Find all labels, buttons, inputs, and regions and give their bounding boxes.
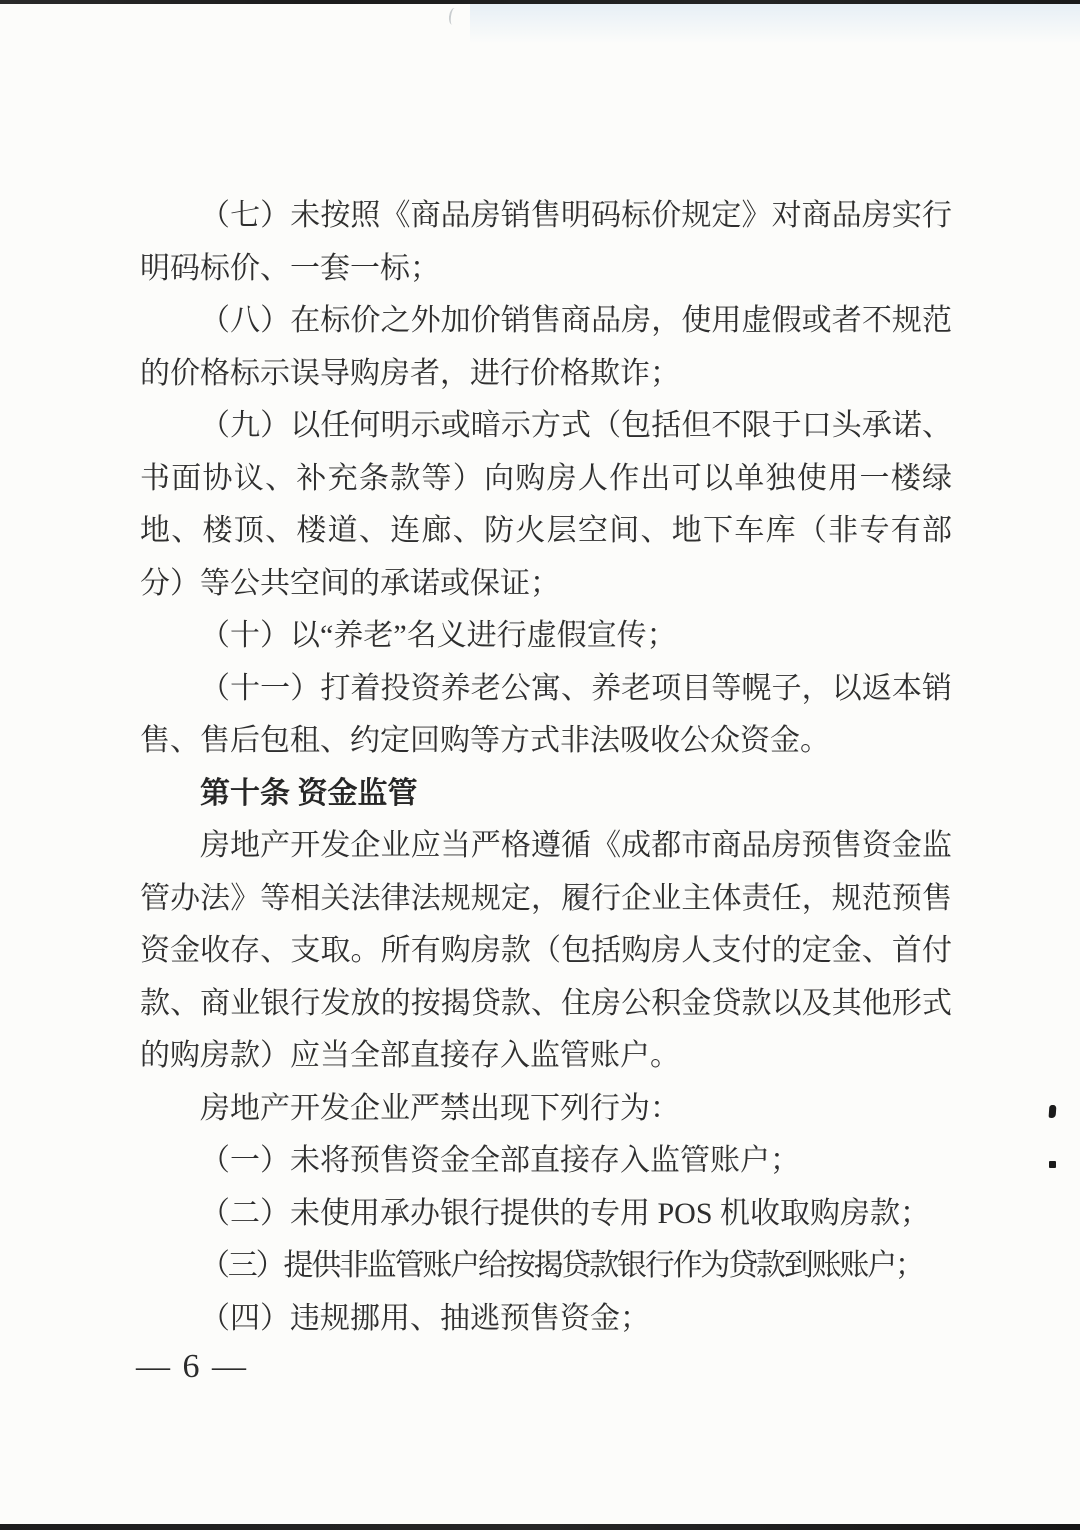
- document-body: （七）未按照《商品房销售明码标价规定》对商品房实行明码标价、一套一标； （八）在…: [140, 190, 952, 1345]
- clause-7: （七）未按照《商品房销售明码标价规定》对商品房实行明码标价、一套一标；: [140, 190, 952, 295]
- document-page: （七）未按照《商品房销售明码标价规定》对商品房实行明码标价、一套一标； （八）在…: [0, 0, 1080, 1530]
- page-number: — 6 —: [136, 1348, 248, 1386]
- scan-edge-bottom: [0, 1524, 1080, 1530]
- scan-speck-comma: [1049, 1105, 1057, 1118]
- scan-artifact-mark: [448, 7, 459, 25]
- prohibited-act-2: （二）未使用承办银行提供的专用 POS 机收取购房款；: [140, 1188, 952, 1241]
- prohibited-act-1: （一）未将预售资金全部直接存入监管账户；: [140, 1135, 952, 1188]
- clause-9: （九）以任何明示或暗示方式（包括但不限于口头承诺、书面协议、补充条款等）向购房人…: [140, 400, 952, 610]
- prohibited-act-4: （四）违规挪用、抽逃预售资金；: [140, 1293, 952, 1346]
- clause-10: （十）以“养老”名义进行虚假宣传；: [140, 610, 952, 663]
- clause-8: （八）在标价之外加价销售商品房，使用虚假或者不规范的价格标示误导购房者，进行价格…: [140, 295, 952, 400]
- scan-speck-dot: [1049, 1161, 1056, 1168]
- clause-11: （十一）打着投资养老公寓、养老项目等幌子，以返本销售、售后包租、约定回购等方式非…: [140, 663, 952, 768]
- prohibited-acts-intro: 房地产开发企业严禁出现下列行为：: [140, 1083, 952, 1136]
- scan-tint: [470, 4, 1080, 44]
- article-10-heading: 第十条 资金监管: [140, 768, 952, 821]
- prohibited-act-3: （三）提供非监管账户给按揭贷款银行作为贷款到账账户；: [140, 1240, 952, 1293]
- scan-edge-top: [0, 0, 1080, 4]
- article-10-body: 房地产开发企业应当严格遵循《成都市商品房预售资金监管办法》等相关法律法规规定，履…: [140, 820, 952, 1083]
